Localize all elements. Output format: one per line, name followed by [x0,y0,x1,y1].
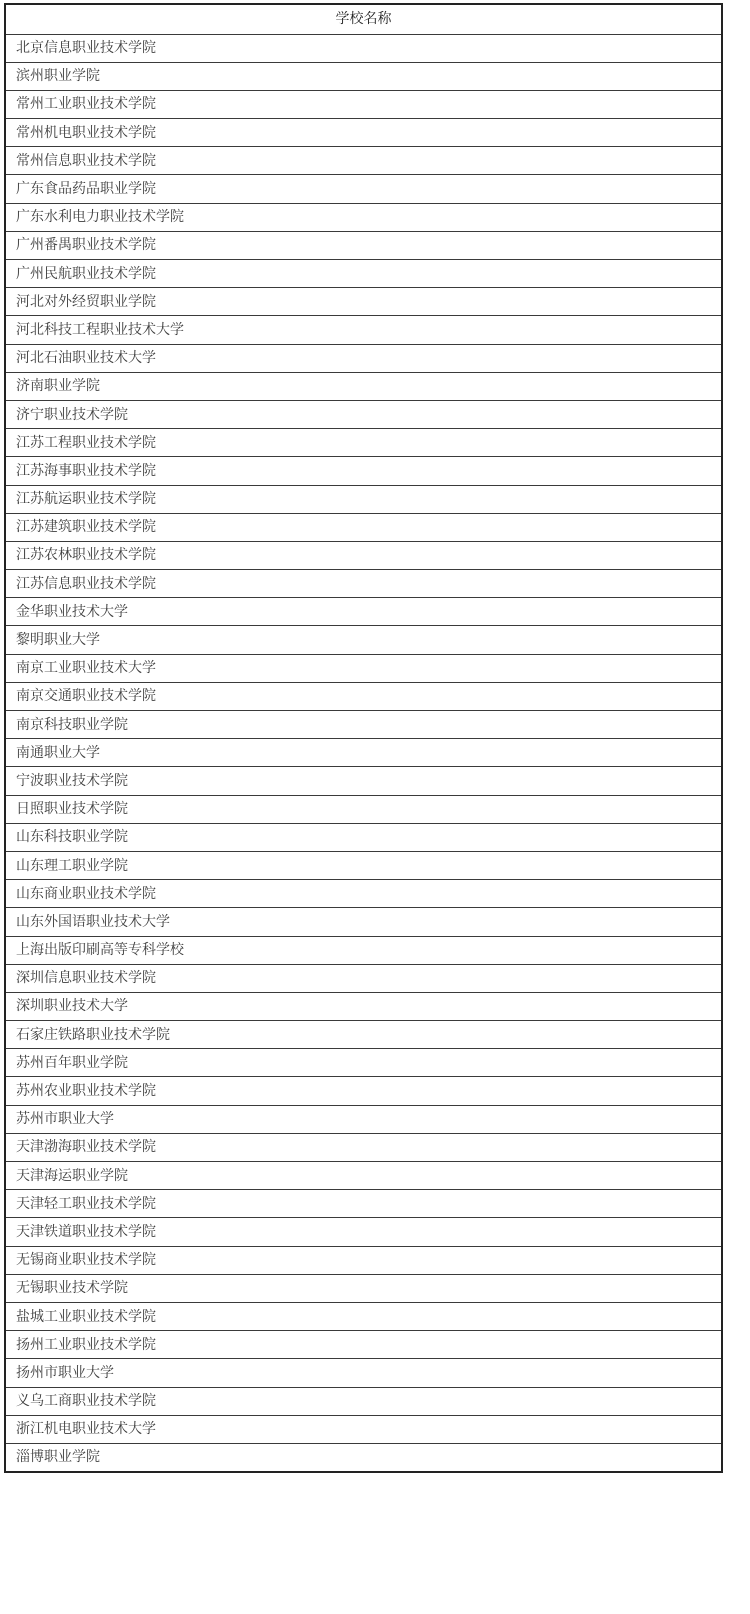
school-name-cell: 日照职业技术学院 [5,795,722,823]
school-name-cell: 无锡商业职业技术学院 [5,1246,722,1274]
table-row: 常州信息职业技术学院 [5,147,722,175]
school-name-cell: 苏州市职业大学 [5,1105,722,1133]
table-row: 天津铁道职业技术学院 [5,1218,722,1246]
school-name-cell: 南京工业职业技术大学 [5,654,722,682]
table-row: 盐城工业职业技术学院 [5,1302,722,1330]
table-row: 南通职业大学 [5,739,722,767]
table-row: 天津海运职业学院 [5,1162,722,1190]
table-row: 山东科技职业学院 [5,823,722,851]
school-name-cell: 天津渤海职业技术学院 [5,1133,722,1161]
school-name-cell: 天津铁道职业技术学院 [5,1218,722,1246]
school-table-container: 学校名称 北京信息职业技术学院滨州职业学院常州工业职业技术学院常州机电职业技术学… [4,3,723,1473]
school-name-cell: 义乌工商职业技术学院 [5,1387,722,1415]
school-name-cell: 滨州职业学院 [5,62,722,90]
table-row: 常州工业职业技术学院 [5,90,722,118]
school-name-cell: 常州工业职业技术学院 [5,90,722,118]
school-name-cell: 苏州农业职业技术学院 [5,1077,722,1105]
table-row: 无锡商业职业技术学院 [5,1246,722,1274]
school-name-cell: 山东商业职业技术学院 [5,880,722,908]
table-row: 济南职业学院 [5,372,722,400]
table-row: 上海出版印刷高等专科学校 [5,936,722,964]
school-name-cell: 江苏海事职业技术学院 [5,457,722,485]
school-name-cell: 河北科技工程职业技术大学 [5,316,722,344]
table-row: 黎明职业大学 [5,626,722,654]
table-row: 广东水利电力职业技术学院 [5,203,722,231]
table-row: 天津轻工职业技术学院 [5,1190,722,1218]
school-name-cell: 黎明职业大学 [5,626,722,654]
school-name-cell: 深圳信息职业技术学院 [5,964,722,992]
table-row: 山东商业职业技术学院 [5,880,722,908]
table-row: 北京信息职业技术学院 [5,34,722,62]
table-row: 江苏农林职业技术学院 [5,541,722,569]
school-name-cell: 宁波职业技术学院 [5,767,722,795]
column-header-school-name: 学校名称 [5,4,722,34]
school-name-cell: 山东科技职业学院 [5,823,722,851]
school-name-cell: 济宁职业技术学院 [5,400,722,428]
school-name-cell: 江苏建筑职业技术学院 [5,513,722,541]
table-row: 苏州农业职业技术学院 [5,1077,722,1105]
table-header-row: 学校名称 [5,4,722,34]
school-name-cell: 无锡职业技术学院 [5,1274,722,1302]
table-row: 河北石油职业技术大学 [5,344,722,372]
table-row: 滨州职业学院 [5,62,722,90]
table-row: 宁波职业技术学院 [5,767,722,795]
table-row: 苏州百年职业学院 [5,1049,722,1077]
table-row: 广东食品药品职业学院 [5,175,722,203]
table-row: 广州番禺职业技术学院 [5,231,722,259]
table-row: 山东外国语职业技术大学 [5,908,722,936]
school-table: 学校名称 北京信息职业技术学院滨州职业学院常州工业职业技术学院常州机电职业技术学… [4,3,723,1473]
school-name-cell: 山东外国语职业技术大学 [5,908,722,936]
table-row: 南京科技职业学院 [5,711,722,739]
table-body: 北京信息职业技术学院滨州职业学院常州工业职业技术学院常州机电职业技术学院常州信息… [5,34,722,1472]
school-name-cell: 江苏农林职业技术学院 [5,541,722,569]
table-row: 河北对外经贸职业学院 [5,288,722,316]
table-row: 浙江机电职业技术大学 [5,1415,722,1443]
table-row: 金华职业技术大学 [5,598,722,626]
table-row: 常州机电职业技术学院 [5,119,722,147]
table-row: 江苏建筑职业技术学院 [5,513,722,541]
school-name-cell: 淄博职业学院 [5,1443,722,1471]
school-name-cell: 扬州工业职业技术学院 [5,1331,722,1359]
table-row: 深圳职业技术大学 [5,992,722,1020]
table-row: 深圳信息职业技术学院 [5,964,722,992]
school-name-cell: 浙江机电职业技术大学 [5,1415,722,1443]
table-row: 义乌工商职业技术学院 [5,1387,722,1415]
school-name-cell: 金华职业技术大学 [5,598,722,626]
school-name-cell: 天津轻工职业技术学院 [5,1190,722,1218]
table-row: 扬州市职业大学 [5,1359,722,1387]
table-row: 天津渤海职业技术学院 [5,1133,722,1161]
school-name-cell: 广州民航职业技术学院 [5,260,722,288]
school-name-cell: 盐城工业职业技术学院 [5,1302,722,1330]
school-name-cell: 苏州百年职业学院 [5,1049,722,1077]
table-row: 南京交通职业技术学院 [5,682,722,710]
school-name-cell: 南京科技职业学院 [5,711,722,739]
school-name-cell: 石家庄铁路职业技术学院 [5,1021,722,1049]
table-row: 江苏海事职业技术学院 [5,457,722,485]
table-row: 河北科技工程职业技术大学 [5,316,722,344]
table-row: 淄博职业学院 [5,1443,722,1471]
school-name-cell: 南京交通职业技术学院 [5,682,722,710]
table-row: 南京工业职业技术大学 [5,654,722,682]
table-row: 苏州市职业大学 [5,1105,722,1133]
table-row: 山东理工职业学院 [5,851,722,879]
school-name-cell: 深圳职业技术大学 [5,992,722,1020]
school-name-cell: 常州机电职业技术学院 [5,119,722,147]
school-name-cell: 江苏工程职业技术学院 [5,429,722,457]
school-name-cell: 河北石油职业技术大学 [5,344,722,372]
table-row: 日照职业技术学院 [5,795,722,823]
school-name-cell: 扬州市职业大学 [5,1359,722,1387]
school-name-cell: 河北对外经贸职业学院 [5,288,722,316]
school-name-cell: 北京信息职业技术学院 [5,34,722,62]
school-name-cell: 南通职业大学 [5,739,722,767]
school-name-cell: 上海出版印刷高等专科学校 [5,936,722,964]
school-name-cell: 济南职业学院 [5,372,722,400]
school-name-cell: 天津海运职业学院 [5,1162,722,1190]
table-row: 江苏信息职业技术学院 [5,570,722,598]
school-name-cell: 广州番禺职业技术学院 [5,231,722,259]
table-row: 石家庄铁路职业技术学院 [5,1021,722,1049]
table-row: 江苏航运职业技术学院 [5,485,722,513]
school-name-cell: 山东理工职业学院 [5,851,722,879]
school-name-cell: 江苏航运职业技术学院 [5,485,722,513]
table-row: 江苏工程职业技术学院 [5,429,722,457]
table-row: 济宁职业技术学院 [5,400,722,428]
table-row: 无锡职业技术学院 [5,1274,722,1302]
school-name-cell: 常州信息职业技术学院 [5,147,722,175]
school-name-cell: 广东水利电力职业技术学院 [5,203,722,231]
school-name-cell: 江苏信息职业技术学院 [5,570,722,598]
table-row: 广州民航职业技术学院 [5,260,722,288]
school-name-cell: 广东食品药品职业学院 [5,175,722,203]
table-row: 扬州工业职业技术学院 [5,1331,722,1359]
